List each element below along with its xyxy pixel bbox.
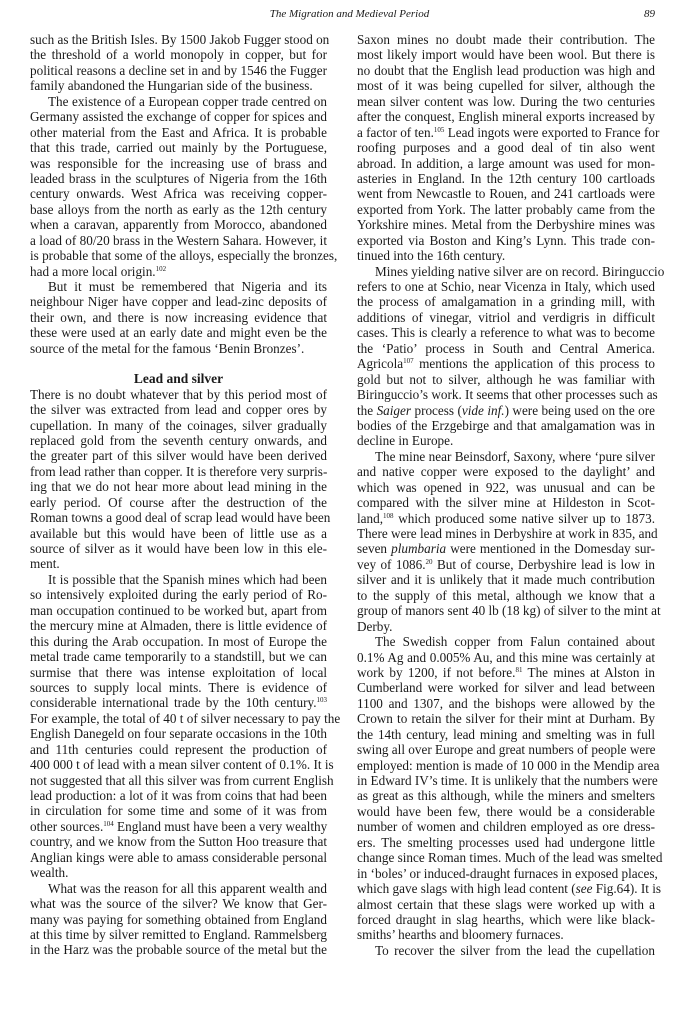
text-fragment: seven [357, 541, 391, 556]
text-line: seven plumbaria were mentioned in the Do… [357, 541, 655, 556]
text-line: refers to one at Schio, near Vicenza in … [357, 279, 655, 294]
text-line: many was paying for something obtained f… [30, 912, 327, 927]
text-fragment: Fig.64). It is [592, 881, 661, 896]
footnote-ref: 103 [317, 696, 328, 704]
text-line: 1100 and 1307, and the bishops were allo… [357, 696, 655, 711]
text-line: the greater part of this silver would ha… [30, 448, 327, 463]
text-line: bodies of the Erzgebirge and that amalga… [357, 418, 655, 433]
text-fragment: other sources. [30, 819, 103, 834]
text-line: roofing purposes and a good deal of tin … [357, 140, 655, 155]
text-line: the process of amalgamation in a grindin… [357, 294, 655, 309]
text-line: considerable international trade by the … [30, 695, 327, 710]
text-line: the Saiger process (vide inf.) were bein… [357, 403, 655, 418]
text-line: most likely import would have been wool.… [357, 47, 655, 62]
text-fragment: considerable international trade by the … [30, 695, 317, 710]
text-line: century onwards. West Africa was receivi… [30, 186, 327, 201]
text-line: Crown to retain the silver for their min… [357, 711, 655, 726]
footnote-ref: 102 [156, 265, 167, 273]
text-line: gold but not to silver, although he was … [357, 372, 655, 387]
text-line: Mines yielding native silver are on reco… [357, 264, 655, 279]
text-line: political reasons a decline set in and b… [30, 63, 327, 78]
text-line: as great as this although, while the min… [357, 788, 655, 803]
text-line: mean silver content was low. During the … [357, 94, 655, 109]
text-line: English Danegeld on four separate occasi… [30, 726, 327, 741]
text-line: employed: mention is made of 10 000 in t… [357, 758, 655, 773]
text-line: land,108 which produced some native silv… [357, 511, 655, 526]
left-column: such as the British Isles. By 1500 Jakob… [30, 32, 327, 958]
text-line: such as the British Isles. By 1500 Jakob… [30, 32, 327, 47]
text-line: the mercury mine at Almaden, there is li… [30, 618, 327, 633]
text-fragment: vey of 1086. [357, 557, 426, 572]
text-line: decline in Europe. [357, 433, 655, 448]
text-line: man occupation continued to be worked bu… [30, 603, 327, 618]
text-line: For example, the total of 40 t of silver… [30, 711, 327, 726]
text-line: exported from York. The latter probably … [357, 202, 655, 217]
text-line: a load of 80/20 brass in the Western Sah… [30, 233, 327, 248]
text-line: would have been few, there would be a co… [357, 804, 655, 819]
text-fragment: which produced some native silver up to … [394, 511, 655, 526]
text-line: leaded brass in the sculptures of Nigeri… [30, 171, 327, 186]
text-fragment: Lead ingots were exported to France for [444, 125, 659, 140]
right-column: Saxon mines no doubt made their contribu… [357, 32, 655, 958]
text-line: and native copper were exposed to the da… [357, 464, 655, 479]
text-line: lead production: a lot of it was from co… [30, 788, 327, 803]
text-fragment: process ( [411, 403, 462, 418]
text-line: Roman towns a good deal of scrap lead wo… [30, 510, 327, 525]
text-line: forced draught in slag hearths, which we… [357, 912, 655, 927]
text-fragment: work by 1200, if not before. [357, 665, 515, 680]
text-line: additions of vinegar, vitriol and verdig… [357, 310, 655, 325]
text-line: no doubt that the English lead productio… [357, 63, 655, 78]
text-line: source of silver as it would have been l… [30, 541, 327, 556]
text-line: 0.1% Ag and 0.005% Au, and this mine was… [357, 650, 655, 665]
running-head: The Migration and Medieval Period 89 [0, 6, 699, 22]
text-line: ment. [30, 556, 327, 571]
text-line: Yorkshire mines. Metal from the Derbyshi… [357, 217, 655, 232]
text-line: There is no doubt whatever that by this … [30, 387, 327, 402]
text-line: the 14th century, lead mining and smelti… [357, 727, 655, 742]
text-line: these were used at an early date and mig… [30, 325, 327, 340]
text-line: The Swedish copper from Falun contained … [357, 634, 655, 649]
text-line: surmise that there was intense exploitat… [30, 665, 327, 680]
text-line: There were lead mines in Derbyshire at w… [357, 526, 655, 541]
text-line: source of the metal for the famous ‘Beni… [30, 341, 327, 356]
text-fragment: The mines at Alston in [522, 665, 655, 680]
text-fragment: land, [357, 511, 383, 526]
text-line: after the conquest, English mineral expo… [357, 109, 655, 124]
text-line: group of manors sent 40 lb (18 kg) of si… [357, 603, 655, 618]
text-line: But it must be remembered that Nigeria a… [30, 279, 327, 294]
text-line: wealth. [30, 865, 327, 880]
text-fragment: had a more local origin. [30, 264, 156, 279]
italic-term: plumbaria [391, 541, 446, 556]
text-line: country, and we know from the Sutton Hoo… [30, 834, 327, 849]
text-fragment: were mentioned in the Domesday sur- [446, 541, 655, 556]
text-line: their own, and there is now increasing e… [30, 310, 327, 325]
text-line: change since Roman times. Much of the le… [357, 850, 655, 865]
text-line: most of it was being cupelled for silver… [357, 78, 655, 93]
text-line: Cumberland were worked for silver and le… [357, 680, 655, 695]
text-line: smiths’ hearths and bloomery furnaces. [357, 927, 655, 942]
text-line: Biringuccio’s work. It seems that other … [357, 387, 655, 402]
text-line: in Edward IV’s time. It is unlikely that… [357, 773, 655, 788]
text-line: vey of 1086.20 But of course, Derbyshire… [357, 557, 655, 572]
text-line: ers. The smelting processes used had und… [357, 835, 655, 850]
text-line: cupellation. In many of the coinages, si… [30, 418, 327, 433]
text-line: It is possible that the Spanish mines wh… [30, 572, 327, 587]
footnote-ref: 105 [434, 126, 445, 134]
text-fragment: But of course, Derbyshire lead is low in [433, 557, 655, 572]
text-line: the silver was extracted from lead and c… [30, 402, 327, 417]
text-line: in ‘boles’ or induced-draught furnaces i… [357, 866, 655, 881]
footnote-ref: 104 [103, 820, 114, 828]
text-line: Anglian kings were able to amass conside… [30, 850, 327, 865]
text-line: went from Newcastle to Rouen, and 241 ca… [357, 186, 655, 201]
text-line: which gave slags with high lead content … [357, 881, 655, 896]
text-line: The existence of a European copper trade… [30, 94, 327, 109]
text-line: Derby. [357, 619, 655, 634]
running-title: The Migration and Medieval Period [0, 8, 699, 20]
text-line: almost certain that these slags were wor… [357, 897, 655, 912]
text-fragment: Agricola [357, 356, 403, 371]
text-fragment: England must have been a very wealthy [114, 819, 328, 834]
text-line: not suggested that all this silver was f… [30, 773, 327, 788]
text-line: which was opened in 922, was unusual and… [357, 480, 655, 495]
text-line: family abandoned the Hungarian side of t… [30, 78, 327, 93]
text-line: Saxon mines no doubt made their contribu… [357, 32, 655, 47]
text-line: tinued into the 16th century. [357, 248, 655, 263]
text-line: abroad. In addition, a large amount was … [357, 156, 655, 171]
text-line: What was the reason for all this apparen… [30, 881, 327, 896]
italic-term: Saiger [377, 403, 411, 418]
text-line: in the Harz was the probable source of t… [30, 942, 327, 957]
text-line: had a more local origin.102 [30, 264, 327, 279]
text-line: replaced gold from the seventh century o… [30, 433, 327, 448]
text-line: asteries in England. In the 12th century… [357, 171, 655, 186]
text-line: and 11th centuries could represent the p… [30, 742, 327, 757]
text-line: the ‘Patio’ process in South and Central… [357, 341, 655, 356]
text-line: metal trade came temporarily to a stands… [30, 649, 327, 664]
text-line: ing that we do not hear more about lead … [30, 479, 327, 494]
text-line: exported via Boston and King’s Lynn. Thi… [357, 233, 655, 248]
text-line: To recover the silver from the lead the … [357, 943, 655, 958]
text-line: to the supply of this metal, although we… [357, 588, 655, 603]
text-line: silver and it is unlikely that it made m… [357, 572, 655, 587]
text-line: from lead rather than copper. It is ther… [30, 464, 327, 479]
text-line: when a caravan, apparently from Morocco,… [30, 217, 327, 232]
footnote-ref: 108 [383, 512, 394, 520]
italic-term: see [576, 881, 593, 896]
text-line: Germany assisted the exchange of copper … [30, 109, 327, 124]
text-line: sources to supply local mints. There is … [30, 680, 327, 695]
text-line: Agricola107 mentions the application of … [357, 356, 655, 371]
text-line: a factor of ten.105 Lead ingots were exp… [357, 125, 655, 140]
text-line: was responsible for the increasing use o… [30, 156, 327, 171]
section-heading: Lead and silver [30, 371, 327, 386]
text-line: other material from the East and Africa.… [30, 125, 327, 140]
text-line: is probable that some of the alloys, esp… [30, 248, 327, 263]
text-line: compared with the silver mine at Hildest… [357, 495, 655, 510]
text-line: early period. Of course after the destru… [30, 495, 327, 510]
text-fragment: the [357, 403, 377, 418]
text-line: the threshold of a world monopoly in cop… [30, 47, 327, 62]
text-line: that this trade, carried out mainly by t… [30, 140, 327, 155]
text-line: so intensively exploited during the earl… [30, 587, 327, 602]
text-line: base alloys from the north as early as t… [30, 202, 327, 217]
text-fragment: a factor of ten. [357, 125, 434, 140]
text-line: other sources.104 England must have been… [30, 819, 327, 834]
text-line: what was the source of the silver? We kn… [30, 896, 327, 911]
text-line: neighbour Niger have copper and lead-zin… [30, 294, 327, 309]
text-line: number of women and children employed as… [357, 819, 655, 834]
text-line: available but this would have been of li… [30, 526, 327, 541]
footnote-ref: 20 [426, 558, 433, 566]
text-line: work by 1200, if not before.81 The mines… [357, 665, 655, 680]
text-line: swing all over Europe and great numbers … [357, 742, 655, 757]
italic-term: vide inf. [462, 403, 505, 418]
text-fragment: mentions the application of this process… [414, 356, 655, 371]
text-line: The mine near Beinsdorf, Saxony, where ‘… [357, 449, 655, 464]
footnote-ref: 107 [403, 357, 414, 365]
page-number: 89 [644, 8, 655, 20]
text-line: this during the Arab occupation. In most… [30, 634, 327, 649]
text-line: cases. This is clearly a reference to wh… [357, 325, 655, 340]
text-fragment: which gave slags with high lead content … [357, 881, 576, 896]
text-line: at this time by silver remitted to Engla… [30, 927, 327, 942]
text-line: in circulation for some time and some of… [30, 803, 327, 818]
text-fragment: ) were being used on the ore [505, 403, 655, 418]
text-line: 400 000 t of lead with a mean silver con… [30, 757, 327, 772]
